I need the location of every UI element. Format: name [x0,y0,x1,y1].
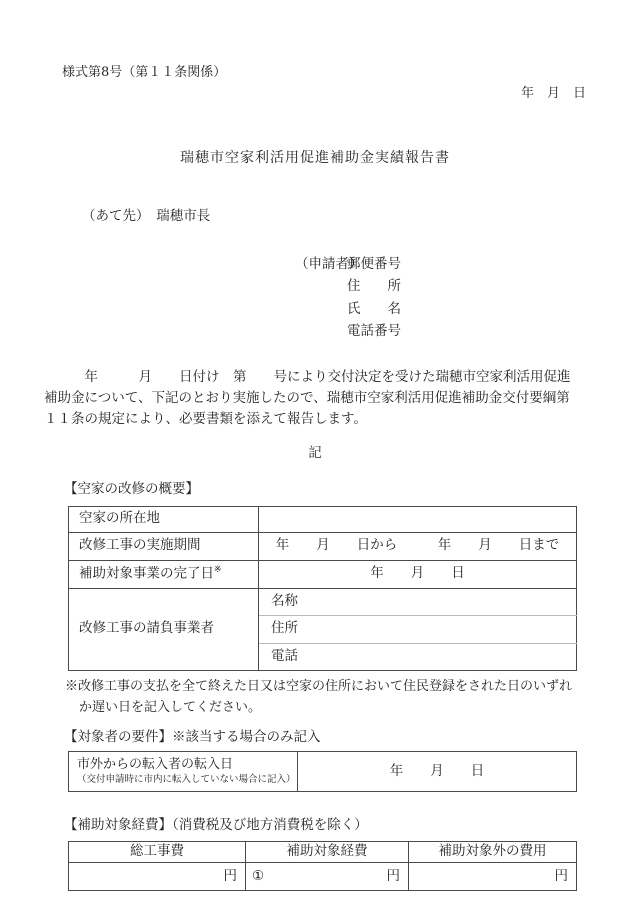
renovation-overview-table: 空家の所在地 改修工事の実施期間 年 月 日から 年 月 日まで 補助対象事業の… [68,506,577,671]
non-eligible-expenses-value-cell: 円 [409,862,577,890]
table-header-row: 総工事費 補助対象経費 補助対象外の費用 [69,841,577,862]
move-in-date-sublabel: （交付申請時に市内に転入していない場合に記入） [77,773,297,787]
total-cost-value-cell: 円 [69,862,246,890]
completion-date-footnote: ※改修工事の支払を全て終えた日又は空家の住所において住民登録をされた日のいずれ … [65,676,586,718]
move-in-date-label: 市外からの転入者の転入日 [77,756,297,773]
footnote-line-1: ※改修工事の支払を全て終えた日又は空家の住所において住民登録をされた日のいずれ [65,676,586,697]
table-row: 補助対象事業の完了日※ 年 月 日 [69,560,577,588]
applicant-label: （申請者） [295,253,347,276]
applicant-field-name: 氏 名 [347,298,586,321]
column-header-eligible-expenses: 補助対象経費 [246,841,409,862]
contractor-name-cell: 名称 [259,588,577,615]
addressee-line: （あて先） 瑞穂市長 [82,207,586,227]
table-row: 改修工事の請負事業者 名称 [69,588,577,615]
body-line-3: １１条の規定により、必要書類を添えて報告します。 [44,409,586,430]
applicant-fields: 住 所 氏 名 電話番号 [347,275,586,343]
eligible-expenses-unit: 円 [387,867,401,887]
contractor-phone-cell: 電話 [259,643,577,670]
report-date-line: 年 月 日 [44,85,586,104]
field-value-move-in-date: 年 月 日 [298,752,577,792]
section-heading-renovation-overview: 【空家の改修の概要】 [64,480,586,500]
eligible-expenses-value-cell: ① 円 [246,862,409,890]
document-title: 瑞穂市空家利活用促進補助金実績報告書 [44,148,586,168]
field-value-construction-period: 年 月 日から 年 月 日まで [259,532,577,560]
body-line-1: 年 月 日付け 第 号により交付決定を受けた瑞穂市空家利活用促進 [44,367,586,388]
applicant-field-phone: 電話番号 [347,320,586,343]
contractor-address-cell: 住所 [259,615,577,643]
completion-date-note-mark: ※ [214,565,222,575]
field-value-vacant-house-location [259,506,577,532]
eligible-expenses-prefix: ① [252,867,264,887]
field-value-completion-date: 年 月 日 [259,560,577,588]
field-label-move-in-date: 市外からの転入者の転入日 （交付申請時に市内に転入していない場合に記入） [69,752,298,792]
document-page: 様式第8号（第１１条関係） 年 月 日 瑞穂市空家利活用促進補助金実績報告書 （… [0,0,630,903]
column-header-total-cost: 総工事費 [69,841,246,862]
section-heading-subsidy-expenses: 【補助対象経費】（消費税及び地方消費税を除く） [64,816,586,836]
form-number: 様式第8号（第１１条関係） [62,64,586,83]
footnote-line-2: か遅い日を記入してください。 [79,697,586,718]
applicant-field-postal: 郵便番号 [347,256,401,272]
applicant-postal-line: （申請者）郵便番号 [295,253,586,276]
applicant-requirements-table: 市外からの転入者の転入日 （交付申請時に市内に転入していない場合に記入） 年 月… [68,751,577,792]
body-line-2: 補助金について、下記のとおり実施したので、瑞穂市空家利活用促進補助金交付要綱第 [44,388,586,409]
applicant-block: （申請者）郵便番号 住 所 氏 名 電話番号 [295,253,586,343]
body-paragraph: 年 月 日付け 第 号により交付決定を受けた瑞穂市空家利活用促進 補助金について… [44,367,586,430]
section-heading-applicant-requirements: 【対象者の要件】※該当する場合のみ記入 [64,728,586,748]
table-row: 改修工事の実施期間 年 月 日から 年 月 日まで [69,532,577,560]
field-label-contractor: 改修工事の請負事業者 [69,588,259,670]
table-row: 市外からの転入者の転入日 （交付申請時に市内に転入していない場合に記入） 年 月… [69,752,577,792]
subsidy-expenses-table: 総工事費 補助対象経費 補助対象外の費用 円 ① 円 円 [68,841,577,891]
applicant-field-address: 住 所 [347,275,586,298]
column-header-non-eligible-expenses: 補助対象外の費用 [409,841,577,862]
field-label-construction-period: 改修工事の実施期間 [69,532,259,560]
field-label-completion-date: 補助対象事業の完了日※ [69,560,259,588]
table-row: 空家の所在地 [69,506,577,532]
record-mark: 記 [44,444,586,464]
table-value-row: 円 ① 円 円 [69,862,577,890]
field-label-vacant-house-location: 空家の所在地 [69,506,259,532]
